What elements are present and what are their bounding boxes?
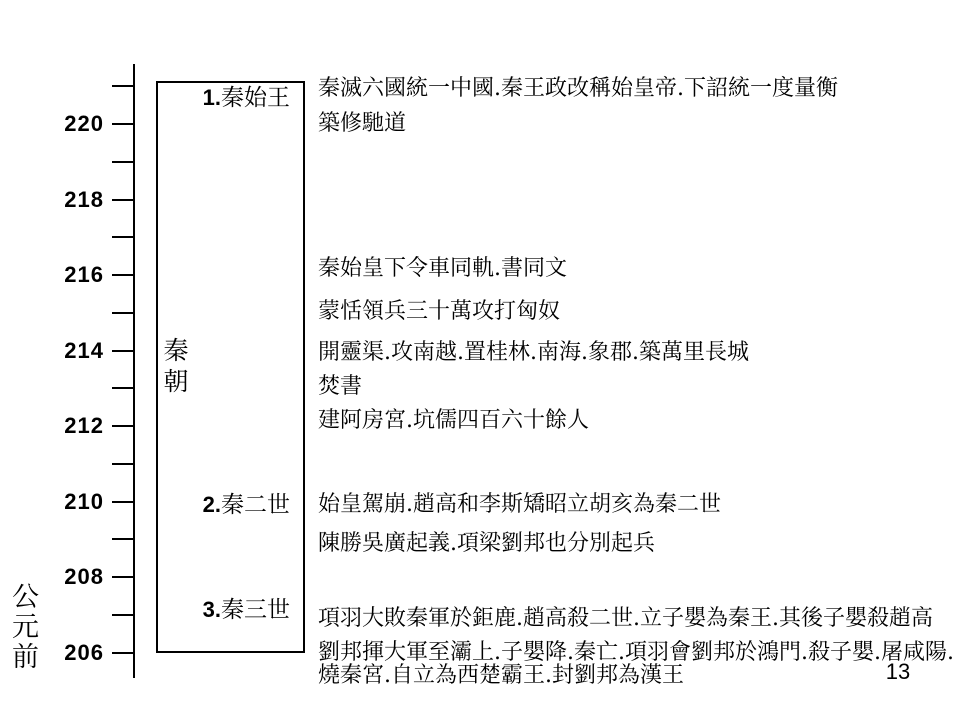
- axis-tick-minor: [112, 312, 134, 314]
- year-label: 214: [38, 338, 104, 364]
- axis-tick-minor: [112, 236, 134, 238]
- event-line: 建阿房宮.坑儒四百六十餘人: [318, 408, 589, 434]
- axis-tick-major: [112, 576, 134, 578]
- event-line: 秦滅六國統一中國.秦王政改稱始皇帝.下詔統一度量衡: [318, 76, 838, 102]
- slide: 220 218 216 214 212 210 208 206 公元前 秦朝 1…: [0, 0, 960, 720]
- ruler-number: 3.: [203, 597, 221, 622]
- event-line: 秦始皇下令車同軌.書同文: [318, 256, 567, 282]
- event-line: 燒秦宮.自立為西楚霸王.封劉邦為漢王: [318, 663, 684, 689]
- year-label: 206: [38, 640, 104, 666]
- axis-tick-minor: [112, 463, 134, 465]
- axis-tick-major: [112, 199, 134, 201]
- axis-tick-major: [112, 425, 134, 427]
- year-label: 220: [38, 111, 104, 137]
- year-label: 216: [38, 262, 104, 288]
- ruler-name: 秦始王: [221, 85, 290, 111]
- axis-tick-major: [112, 123, 134, 125]
- year-label: 212: [38, 413, 104, 439]
- axis-tick-minor: [112, 538, 134, 540]
- ruler-number: 2.: [203, 492, 221, 517]
- timeline-axis-line: [133, 64, 135, 678]
- year-label: 218: [38, 187, 104, 213]
- era-label: 公元前: [10, 583, 41, 673]
- event-line: 項羽大敗秦軍於鉅鹿.趙高殺二世.立子嬰為秦王.其後子嬰殺趙高: [318, 606, 933, 632]
- page-number: 13: [874, 659, 922, 685]
- event-line: 蒙恬領兵三十萬攻打匈奴: [318, 299, 560, 325]
- event-line: 陳勝吳廣起義.項梁劉邦也分別起兵: [318, 531, 655, 557]
- event-line: 開靈渠.攻南越.置桂林.南海.象郡.築萬里長城: [318, 340, 749, 366]
- ruler-label: 3.秦三世: [158, 596, 290, 623]
- ruler-number: 1.: [203, 85, 221, 110]
- ruler-name: 秦二世: [221, 492, 290, 518]
- event-line: 築修馳道: [318, 111, 406, 137]
- year-label: 210: [38, 489, 104, 515]
- axis-tick-major: [112, 350, 134, 352]
- year-label: 208: [38, 564, 104, 590]
- ruler-label: 2.秦二世: [158, 491, 290, 518]
- axis-tick-major: [112, 274, 134, 276]
- axis-tick-minor: [112, 161, 134, 163]
- ruler-label: 1.秦始王: [158, 84, 290, 111]
- axis-tick-major: [112, 652, 134, 654]
- dynasty-name: 秦朝: [162, 335, 190, 397]
- axis-tick-minor: [112, 85, 134, 87]
- event-line: 始皇駕崩.趙高和李斯矯昭立胡亥為秦二世: [318, 492, 721, 518]
- ruler-name: 秦三世: [221, 597, 290, 623]
- axis-tick-major: [112, 501, 134, 503]
- event-line: 焚書: [318, 374, 362, 400]
- axis-tick-minor: [112, 614, 134, 616]
- axis-tick-minor: [112, 387, 134, 389]
